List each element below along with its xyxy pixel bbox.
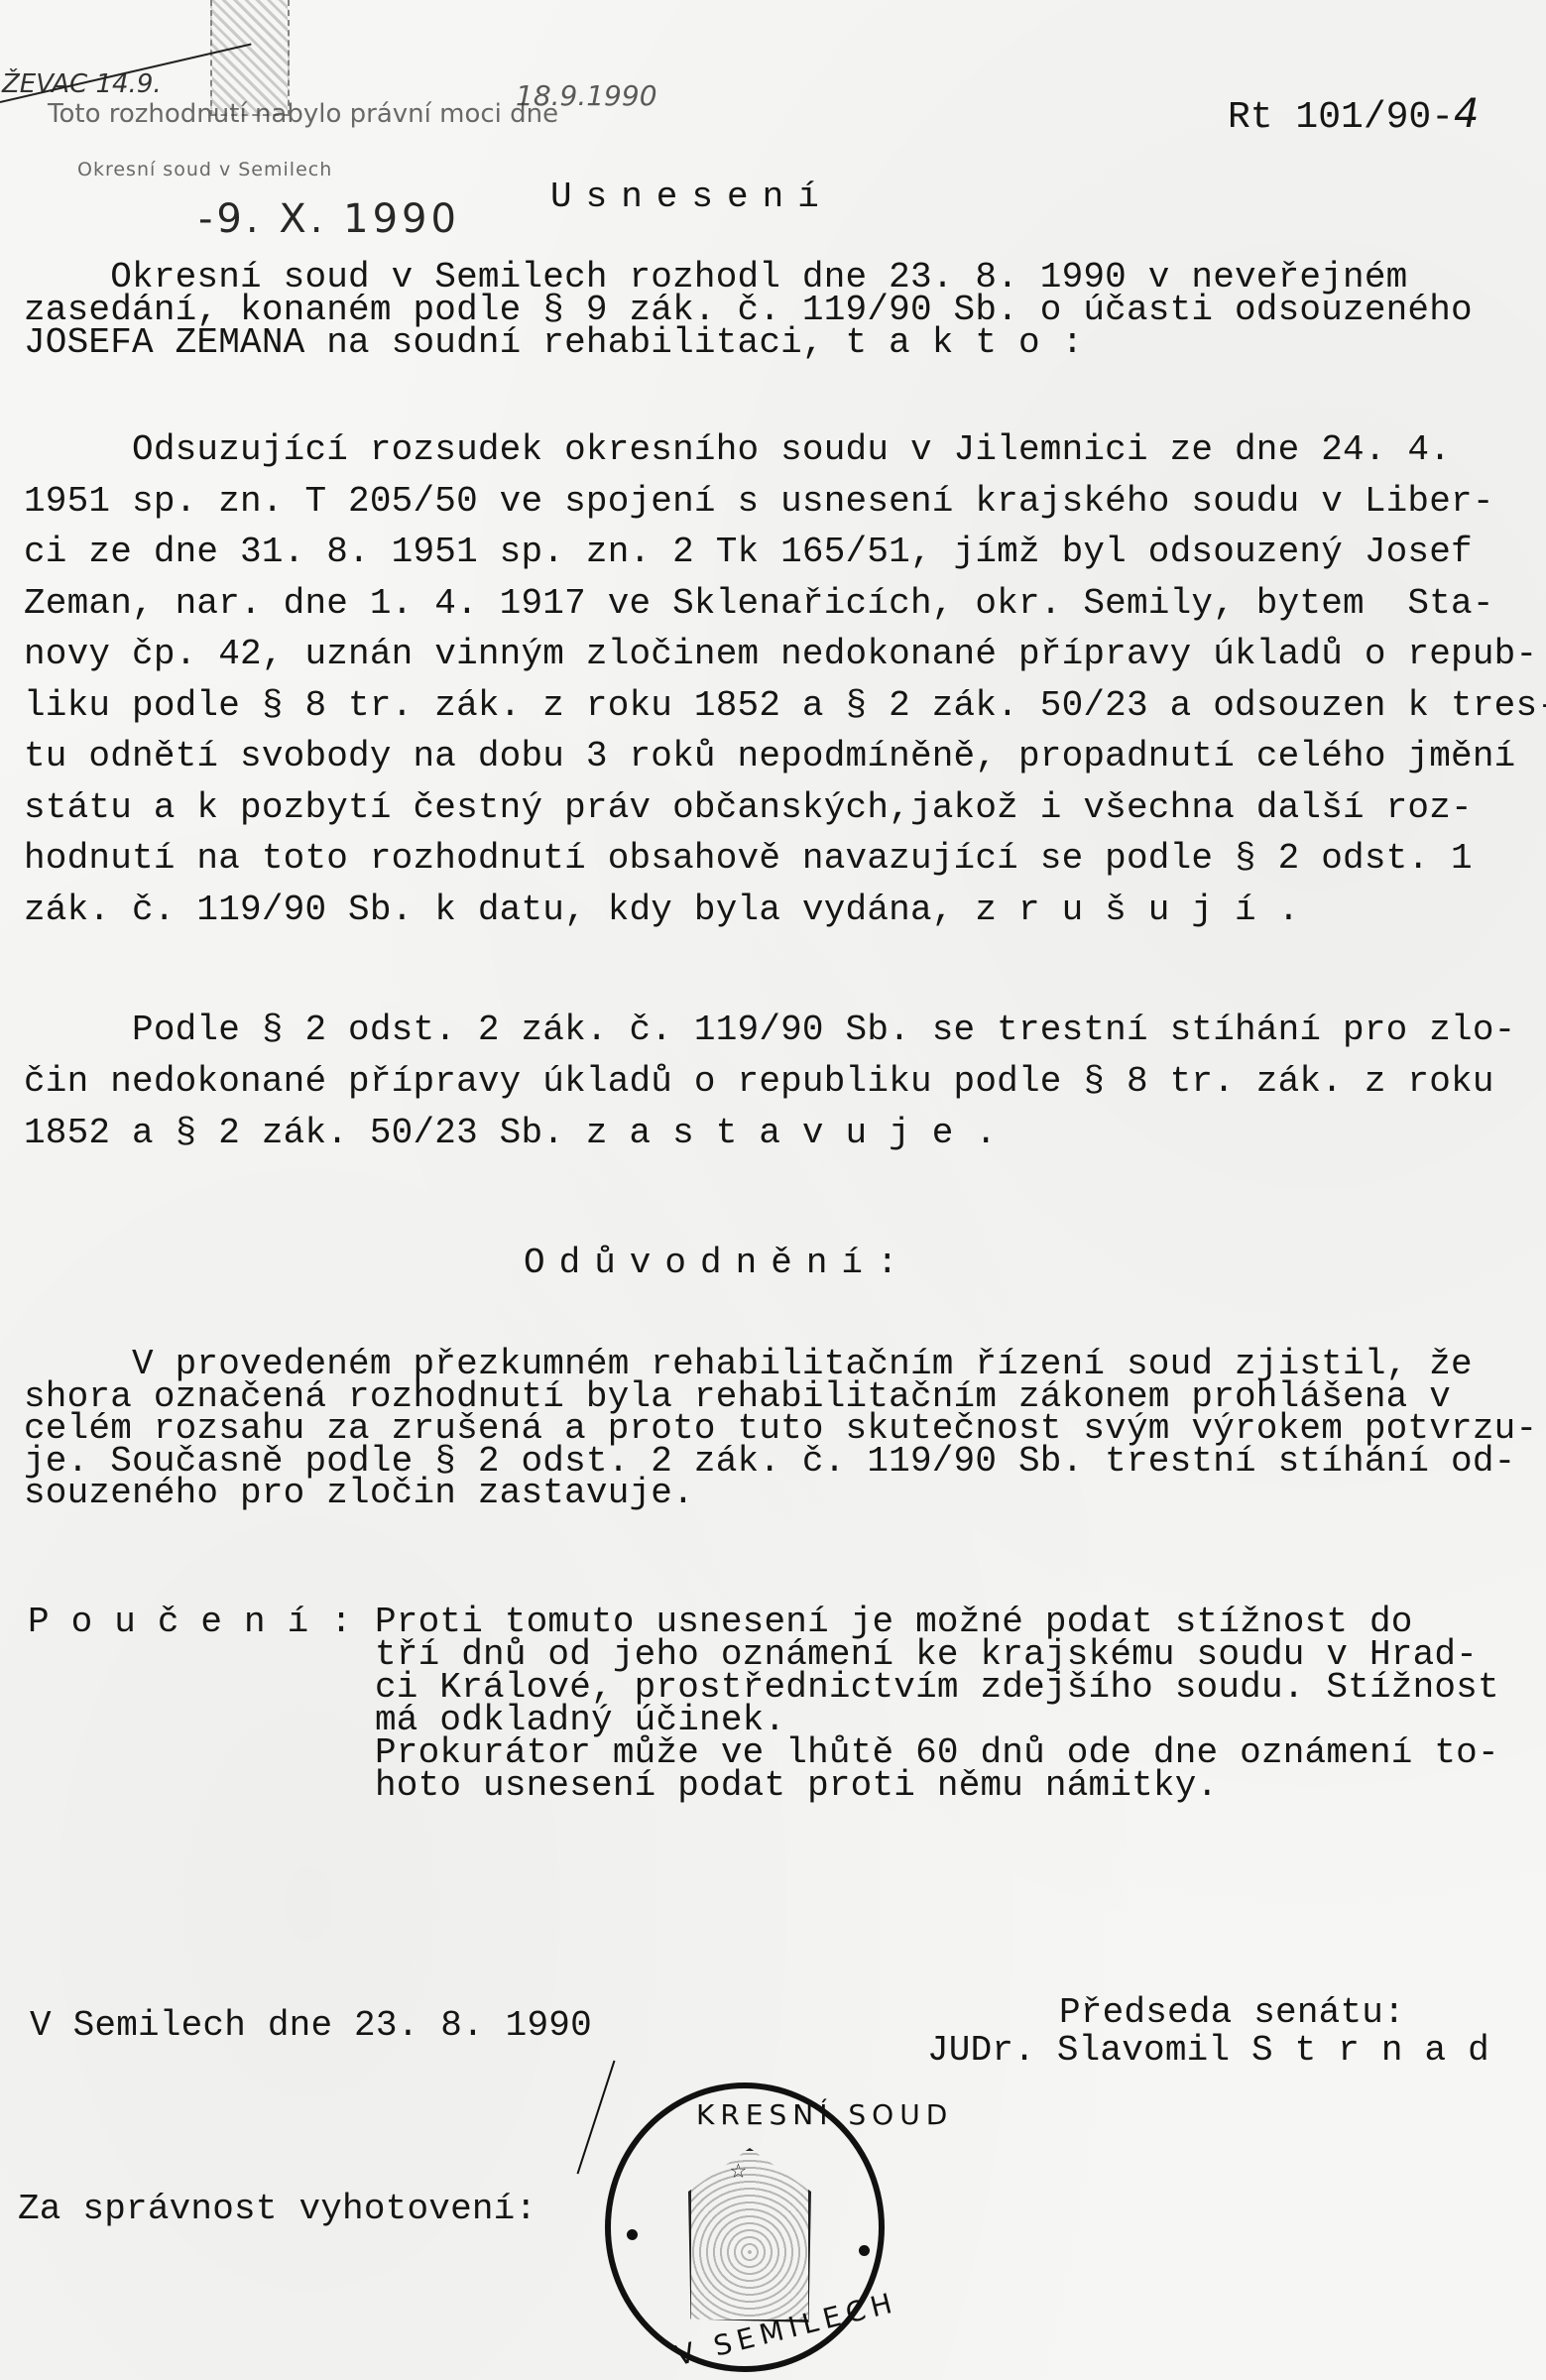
verdict-line: tu odnětí svobody na dobu 3 roků nepodmí…: [24, 739, 1515, 774]
reference-number: Rt 101/90-4: [1228, 91, 1480, 139]
seal-dot-right: [859, 2245, 870, 2256]
instruction-label: P o u č e n í :: [28, 1605, 352, 1640]
legal-force-stamp-text: Toto rozhodnutí nabylo právní moci dne: [48, 99, 558, 129]
verdict-line: Zeman, nar. dne 1. 4. 1917 ve Sklenařicí…: [24, 586, 1494, 622]
shield-emblem-icon: [688, 2148, 811, 2322]
stamp-date: -9. X. 1990: [198, 196, 460, 242]
chair-label: Předseda senátu:: [1059, 1995, 1405, 2031]
reference-number-text: Rt 101/90-: [1228, 96, 1454, 139]
verdict-line: hodnutí na toto rozhodnutí obsahově nava…: [24, 841, 1473, 877]
reasoning-heading: Odůvodnění:: [524, 1243, 912, 1283]
verdict-line: liku podle § 8 tr. zák. z roku 1852 a § …: [24, 688, 1546, 724]
verdict-line: 1951 sp. zn. T 205/50 ve spojení s usnes…: [24, 484, 1494, 520]
verdict-line: čin nedokonané přípravy úkladů o republi…: [24, 1064, 1494, 1100]
verdict-line: zák. č. 119/90 Sb. k datu, kdy byla vydá…: [24, 892, 1299, 928]
verdict-line: Podle § 2 odst. 2 zák. č. 119/90 Sb. se …: [24, 1012, 1515, 1048]
intro-line: JOSEFA ZEMANA na soudní rehabilitaci, t …: [24, 325, 1083, 361]
verdict-line: státu a k pozbytí čestný práv občanských…: [24, 790, 1473, 826]
verdict-line: 1852 a § 2 zák. 50/23 Sb. z a s t a v u …: [24, 1116, 997, 1151]
verdict-line: novy čp. 42, uznán vinným zločinem nedok…: [24, 637, 1537, 672]
certification-label: Za správnost vyhotovení:: [18, 2192, 536, 2227]
court-stamp-text: Okresní soud v Semilech: [77, 159, 332, 180]
court-seal: KRESNÍ SOUD ☆ V SEMILECH: [605, 2082, 885, 2372]
chair-name: JUDr. Slavomil S t r n a d: [927, 2033, 1489, 2069]
star-icon: ☆: [730, 2152, 747, 2187]
verdict-line: Odsuzující rozsudek okresního soudu v Ji…: [24, 432, 1451, 468]
instruction-line: hoto usnesení podat proti němu námitky.: [375, 1768, 1218, 1804]
verdict-line: ci ze dne 31. 8. 1951 sp. zn. 2 Tk 165/5…: [24, 535, 1473, 570]
seal-top-text: KRESNÍ SOUD: [696, 2098, 953, 2131]
reference-suffix: 4: [1454, 91, 1479, 137]
place-and-date: V Semilech dne 23. 8. 1990: [30, 2008, 592, 2044]
legal-force-date: 18.9.1990: [516, 79, 657, 112]
reasoning-line: souzeného pro zločin zastavuje.: [24, 1476, 694, 1511]
seal-dot-left: [627, 2229, 638, 2240]
document-title: Usnesení: [550, 177, 833, 217]
